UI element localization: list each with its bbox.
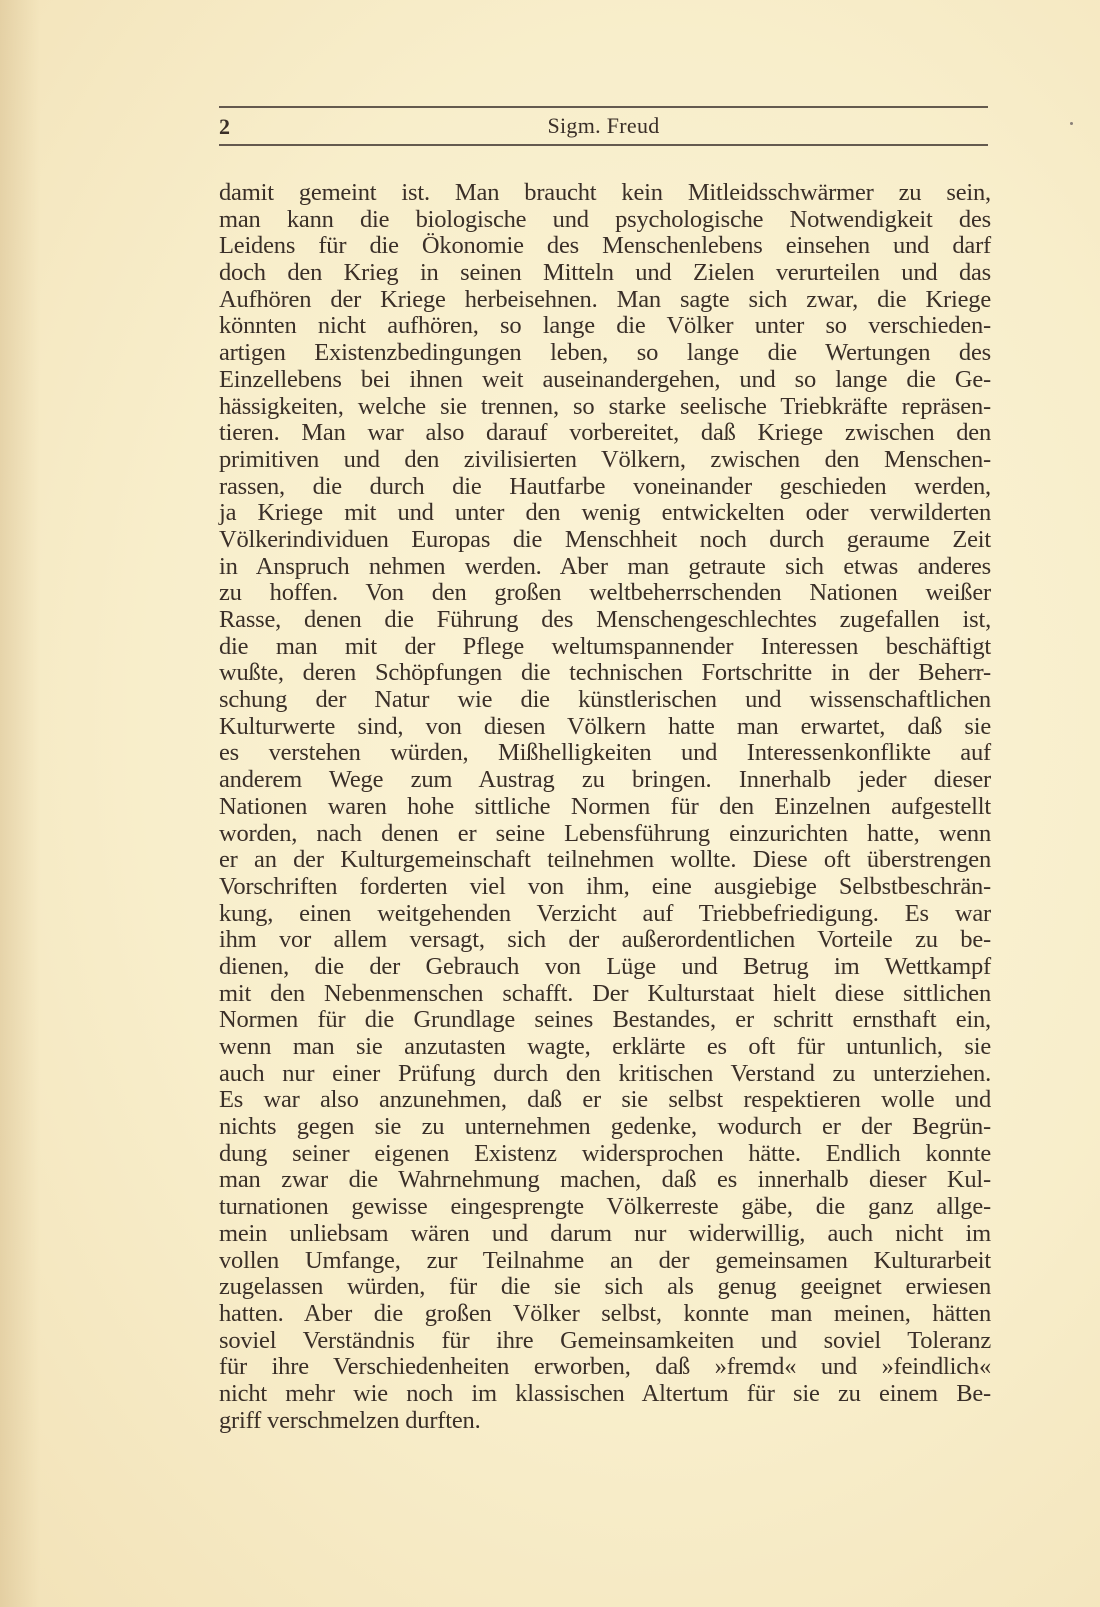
text-line: worden, nach denen er seine Lebensführun… [219, 821, 991, 848]
text-line: tieren. Man war also darauf vorbereitet,… [219, 420, 991, 447]
text-line: in Anspruch nehmen werden. Aber man getr… [219, 554, 991, 581]
text-line: Aufhören der Kriege herbeisehnen. Man sa… [219, 287, 991, 314]
text-line: anderem Wege zum Austrag zu bringen. Inn… [219, 767, 991, 794]
text-line: doch den Krieg in seinen Mitteln und Zie… [219, 260, 991, 287]
text-line: nichts gegen sie zu unternehmen gedenke,… [219, 1114, 991, 1141]
text-line: Normen für die Grundlage seines Bestande… [219, 1007, 991, 1034]
header-bottom-rule [219, 144, 988, 146]
running-title: Sigm. Freud [219, 114, 988, 138]
text-line: primitiven und den zivilisierten Völkern… [219, 447, 991, 474]
text-line: damit gemeint ist. Man braucht kein Mitl… [219, 180, 991, 207]
text-line: schung der Natur wie die künstlerischen … [219, 687, 991, 714]
text-line: ja Kriege mit und unter den wenig entwic… [219, 500, 991, 527]
running-header: 2 Sigm. Freud [219, 106, 988, 146]
text-line: hässigkeiten, welche sie trennen, so sta… [219, 394, 991, 421]
text-line: Leidens für die Ökonomie des Menschenleb… [219, 233, 991, 260]
text-line: artigen Existenzbedingungen leben, so la… [219, 340, 991, 367]
text-line: für ihre Verschiedenheiten erworben, daß… [219, 1354, 991, 1381]
page-edge-shadow [0, 0, 40, 1607]
text-line: nicht mehr wie noch im klassischen Alter… [219, 1381, 991, 1408]
text-line: Rasse, denen die Führung des Menschenges… [219, 607, 991, 634]
text-line: Einzellebens bei ihnen weit auseinanderg… [219, 367, 991, 394]
text-line: mit den Nebenmenschen schafft. Der Kultu… [219, 981, 991, 1008]
text-line: die man mit der Pflege weltumspannender … [219, 634, 991, 661]
text-line: wußte, deren Schöpfungen die technischen… [219, 660, 991, 687]
header-top-rule [219, 106, 988, 108]
text-line: man kann die biologische und psychologis… [219, 207, 991, 234]
text-line: dienen, die der Gebrauch von Lüge und Be… [219, 954, 991, 981]
text-line: wenn man sie anzutasten wagte, erklärte … [219, 1034, 991, 1061]
text-line: es verstehen würden, Mißhelligkeiten und… [219, 740, 991, 767]
text-line: Völkerindividuen Europas die Menschheit … [219, 527, 991, 554]
text-line: kung, einen weitgehenden Verzicht auf Tr… [219, 901, 991, 928]
text-line: Nationen waren hohe sittliche Normen für… [219, 794, 991, 821]
text-line: vollen Umfange, zur Teilnahme an der gem… [219, 1248, 991, 1275]
text-line: turnationen gewisse eingesprengte Völker… [219, 1194, 991, 1221]
text-line: zu hoffen. Von den großen weltbeherrsche… [219, 580, 991, 607]
text-line: auch nur einer Prüfung durch den kritisc… [219, 1061, 991, 1088]
text-line: hatten. Aber die großen Völker selbst, k… [219, 1301, 991, 1328]
text-line: zugelassen würden, für die sie sich als … [219, 1274, 991, 1301]
paper-speck [1070, 122, 1073, 125]
text-line: rassen, die durch die Hautfarbe voneinan… [219, 474, 991, 501]
text-line: Vorschriften forderten viel von ihm, ein… [219, 874, 991, 901]
text-line: könnten nicht aufhören, so lange die Völ… [219, 313, 991, 340]
text-line: man zwar die Wahrnehmung machen, daß es … [219, 1167, 991, 1194]
text-line: soviel Verständnis für ihre Gemeinsamkei… [219, 1328, 991, 1355]
text-line: Kulturwerte sind, von diesen Völkern hat… [219, 714, 991, 741]
text-line: er an der Kulturgemeinschaft teilnehmen … [219, 847, 991, 874]
body-text: damit gemeint ist. Man braucht kein Mitl… [219, 180, 991, 1434]
text-line: dung seiner eigenen Existenz widersproch… [219, 1141, 991, 1168]
text-line: Es war also anzunehmen, daß er sie selbs… [219, 1087, 991, 1114]
text-line: ihm vor allem versagt, sich der außerord… [219, 927, 991, 954]
text-line: mein unliebsam wären und darum nur wider… [219, 1221, 991, 1248]
text-line: griff verschmelzen durften. [219, 1408, 991, 1435]
